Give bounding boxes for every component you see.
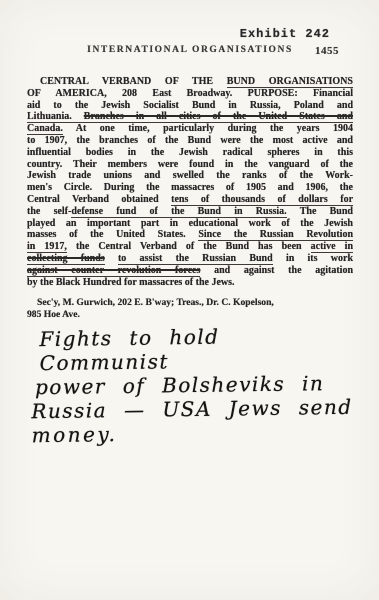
article-line: influential bodies in the Jewish radical… [27,147,353,159]
text-segment: CENTRAL VERBAND OF THE [40,76,227,87]
article-line: OF AMERICA, 208 East Broadway. PURPOSE: … [27,88,353,100]
directory-line: Sec'y, M. Gurwich, 202 E. B'way; Treas.,… [27,297,353,309]
directory-line: 985 Hoe Ave. [27,309,353,321]
handwriting-line: Russia — USA Jews send [30,395,353,424]
underlined-text: Since the Russian Revolution [198,229,353,241]
article-line: aid to the Jewish Socialist Bund in Russ… [27,100,353,112]
underlined-text: tens of thousands of dollars for [171,194,353,206]
article-line: to 1907, the branches of the Bund were t… [27,135,353,147]
text-segment: Central Verband obtained [27,194,171,205]
article-line: the self-defense fund of the Bund in Rus… [27,206,353,218]
text-segment: influential bodies in the Jewish radical… [27,147,353,158]
underlined-text: defense fund of the Bund in Russia. [71,206,286,218]
underlined-text: collecting funds [27,253,105,265]
text-segment: men's Circle. During the massacres of 19… [27,182,353,193]
text-segment: the Central Verband of the Bund has been [67,241,311,252]
text-segment [105,253,118,264]
text-segment: aid to the [27,100,101,111]
underlined-text: against counter revolution forces [27,265,200,277]
underlined-text: to assist the Russian Bund [118,253,273,265]
text-segment: The Bund [300,206,353,217]
text-segment: to 1907, the branches of the Bund were t… [27,135,353,146]
article-line: against counter revolution forces and ag… [27,265,353,277]
article-line: by the Black Hundred for massacres of th… [27,277,353,289]
running-header-title: INTERNATIONAL ORGANISATIONS [27,45,353,55]
underlined-text: Branches in all cities of the United Sta… [84,111,353,123]
article-line: in 1917, the Central Verband of the Bund… [27,241,353,253]
underlined-text: Canada. [27,123,63,135]
underlined-text: in 1917, [27,241,67,253]
underlined-text: BUND ORGANISATIONS [227,76,353,88]
handwriting-line: money. [31,419,354,448]
article-line: Lithuania. Branches in all cities of the… [27,111,353,123]
article-line: Jewish trade unions and swelled the rank… [27,170,353,182]
page-number: 1455 [315,45,339,57]
article-line: Central Verband obtained tens of thousan… [27,194,353,206]
article-line: men's Circle. During the massacres of 19… [27,182,353,194]
article-line: Canada. At one time, particularly during… [27,123,353,135]
text-segment: played an important part in educational … [27,218,353,229]
text-segment: by the Black Hundred for massacres of th… [27,277,235,288]
article-line: country. Their members were found in the… [27,159,353,171]
underlined-text: Jewish Socialist Bund in Russia, Poland … [101,100,353,112]
text-segment [287,206,300,217]
officer-directory: Sec'y, M. Gurwich, 202 E. B'way; Treas.,… [27,297,353,320]
running-header: INTERNATIONAL ORGANISATIONS 1455 [27,45,353,59]
text-segment: in its work [273,253,353,264]
handwritten-annotation: Fights to hold Communist power of Bolshe… [29,323,354,447]
scanned-document-page: Exhibit 242 INTERNATIONAL ORGANISATIONS … [0,0,379,600]
underlined-text: active in [311,241,353,253]
handwriting-line: Fights to hold Communist [29,323,353,376]
text-segment: and against the agitation [200,265,353,276]
text-segment: Jewish trade unions and swelled the rank… [27,170,353,181]
text-segment: OF AMERICA, 208 East Broadway. PURPOSE: … [27,88,353,99]
article-body: CENTRAL VERBAND OF THE BUND ORGANISATION… [27,76,353,288]
text-segment: masses of the United States. [27,229,198,240]
text-segment: At one time, particularly during the yea… [63,123,353,134]
article-line: collecting funds to assist the Russian B… [27,253,353,265]
underlined-text: Lithuania. [27,111,84,123]
text-segment: country. Their members were found in the… [27,159,353,170]
page-content: Exhibit 242 INTERNATIONAL ORGANISATIONS … [0,0,379,445]
exhibit-label: Exhibit 242 [27,27,353,41]
article-line: masses of the United States. Since the R… [27,229,353,241]
article-line: CENTRAL VERBAND OF THE BUND ORGANISATION… [27,76,353,88]
text-segment: the self- [27,206,71,217]
article-line: played an important part in educational … [27,218,353,230]
